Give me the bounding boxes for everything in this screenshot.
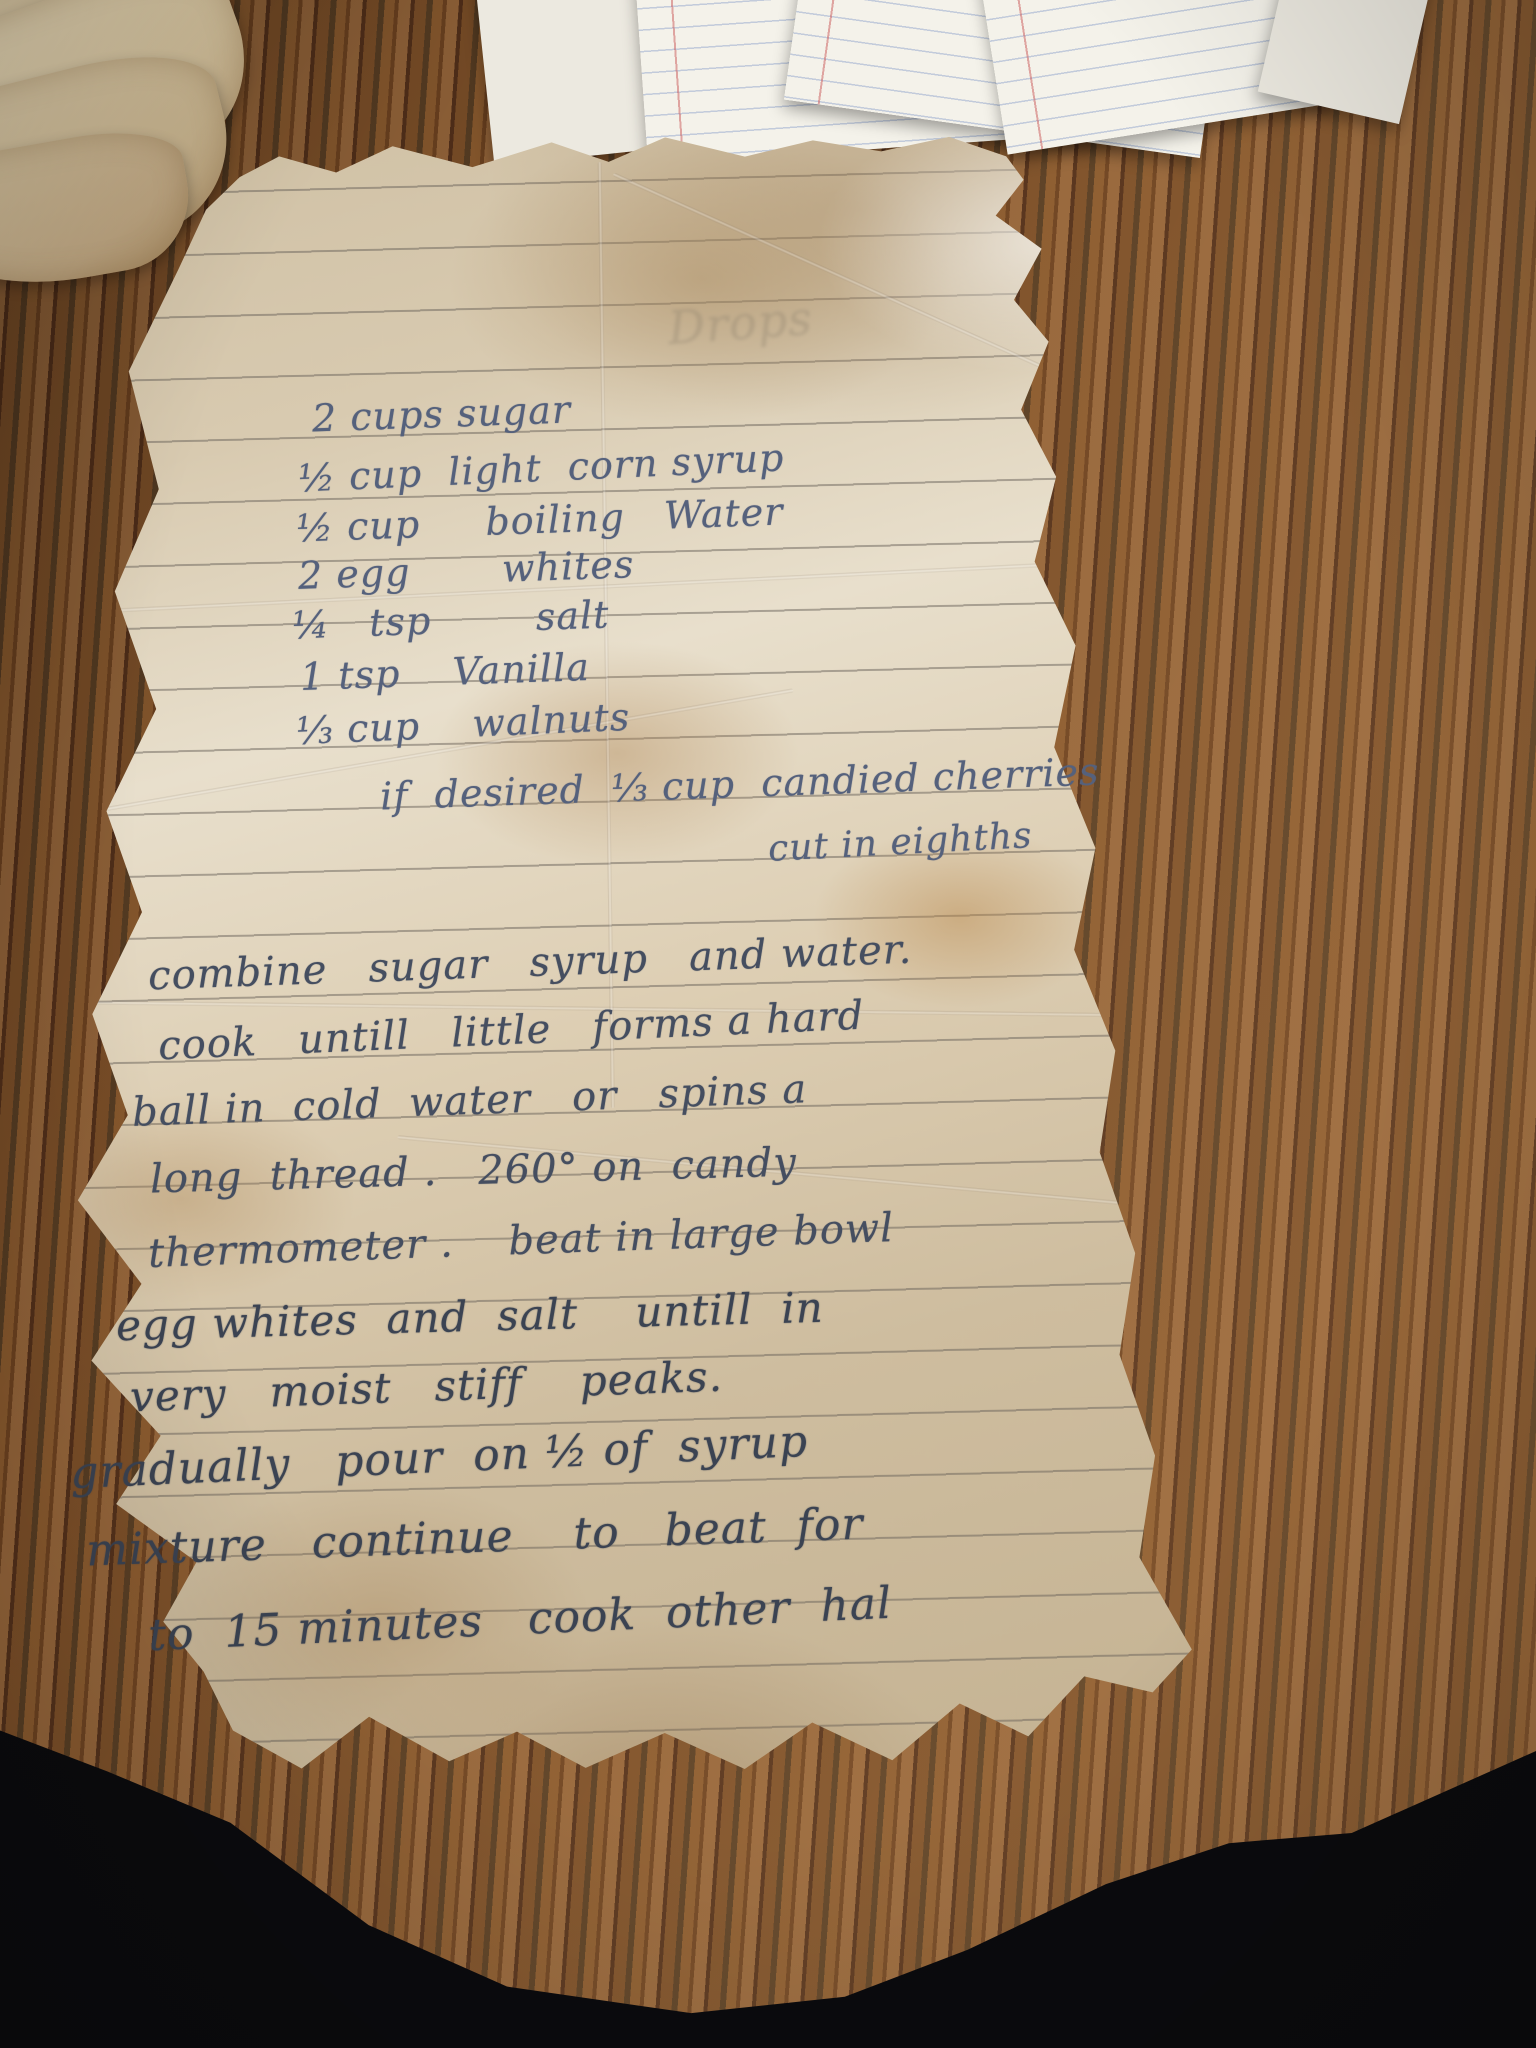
handwriting-line: if desired ⅓ cup candied cherries <box>379 749 1100 818</box>
handwriting-line: ball in cold water or spins a <box>131 1066 807 1136</box>
handwriting-line: long thread . 260° on candy <box>150 1140 798 1203</box>
handwriting-line: ⅓ cup walnuts <box>295 695 631 754</box>
handwriting-line: gradually pour on ½ of syrup <box>69 1416 809 1499</box>
handwriting-line: to 15 minutes cook other hal <box>147 1578 893 1661</box>
handwriting-line: ½ cup boiling Water <box>295 490 784 551</box>
handwriting-line: combine sugar syrup and water. <box>147 927 912 1000</box>
handwriting-line: 1 tsp Vanilla <box>299 645 590 699</box>
handwriting-line: 2 egg whites <box>297 542 635 598</box>
handwriting-line: egg whites and salt untill in <box>115 1283 824 1351</box>
handwriting-line: thermometer . beat in large bowl <box>147 1205 894 1277</box>
handwriting-line: ¼ tsp salt <box>291 592 610 647</box>
handwriting-line: mixture continue to beat for <box>85 1498 864 1576</box>
handwriting-line: ½ cup light corn syrup <box>297 435 785 500</box>
handwriting-line: very moist stiff peaks. <box>129 1352 723 1422</box>
photo-scene: Drops 2 cups sugar ½ cup light corn syru… <box>0 0 1536 2048</box>
handwriting-layer: Drops 2 cups sugar ½ cup light corn syru… <box>0 0 1536 2048</box>
handwriting-line: 2 cups sugar <box>311 387 571 440</box>
handwriting-line: cook untill little forms a hard <box>157 993 865 1070</box>
faded-recipe-title: Drops <box>666 291 814 355</box>
handwriting-line: cut in eighths <box>767 815 1033 870</box>
